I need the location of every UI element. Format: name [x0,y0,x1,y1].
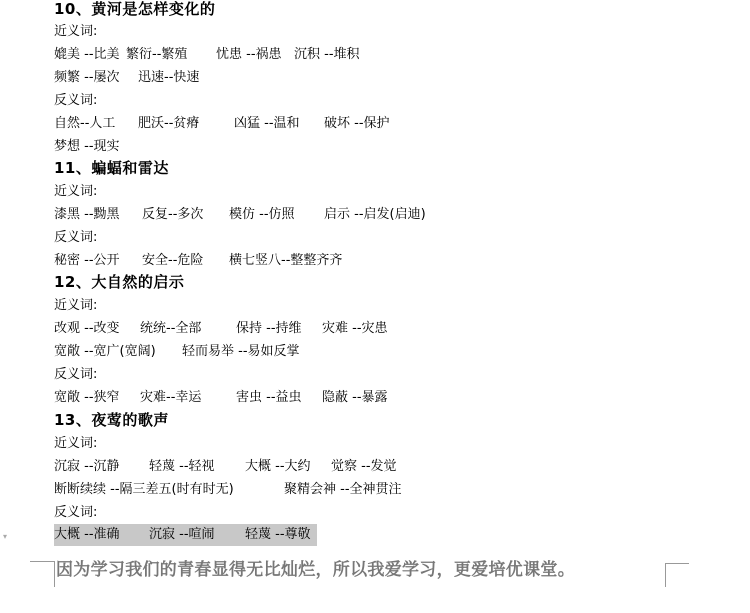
word-pair: 大概 --准确 [54,524,149,546]
synonym-label: 近义词: [54,432,97,455]
page-corner-mark-right [665,563,666,587]
word-pair-row: 断断续续 --隔三差五(时有时无)聚精会神 --全神贯注 [54,478,402,501]
word-pair-row: 改观 --改变统统--全部保持 --持维灾难 --灾患 [54,317,388,340]
word-pair: 灾难--幸运 [140,386,236,409]
word-pair: 隐蔽 --暴露 [322,386,388,409]
word-pair: 破坏 --保护 [324,112,390,135]
word-pair: 凶猛 --温和 [234,112,324,135]
word-pair: 迅速--快速 [138,66,199,89]
footer-slogan: 因为学习我们的青春显得无比灿烂，所以我爱学习，更爱培优课堂。 [56,555,575,580]
word-pair: 模仿 --仿照 [229,203,324,226]
word-pair: 反复--多次 [142,203,229,226]
word-pair: 沉寂 --喧闹 [149,524,245,546]
word-pair-row: 频繁 --屡次迅速--快速 [54,66,199,89]
word-pair: 大概 --大约 [245,455,331,478]
lesson-title: 10、黄河是怎样变化的 [54,0,215,21]
lesson-title: 12、大自然的启示 [54,271,184,294]
word-pair: 害虫 --益虫 [236,386,322,409]
word-pair: 聚精会神 --全神贯注 [284,478,402,501]
lesson-title: 11、蝙蝠和雷达 [54,157,169,180]
antonym-label: 反义词: [54,501,97,524]
word-pair: 梦想 --现实 [54,135,120,158]
antonym-label: 反义词: [54,363,97,386]
page-corner-mark-left [30,561,54,562]
word-pair: 秘密 --公开 [54,249,142,272]
word-pair: 自然--人工 [54,112,138,135]
word-pair: 沉寂 --沉静 [54,455,149,478]
antonym-label: 反义词: [54,226,97,249]
word-pair: 断断续续 --隔三差五(时有时无) [54,478,284,501]
page-corner-mark-left [54,561,55,587]
word-pair: 横七竖八--整整齐齐 [229,249,342,272]
word-pair: 轻蔑 --轻视 [149,455,245,478]
word-pair: 频繁 --屡次 [54,66,138,89]
word-pair: 改观 --改变 [54,317,140,340]
paragraph-marker-icon: ▾ [3,532,7,541]
word-pair-row: 秘密 --公开安全--危险横七竖八--整整齐齐 [54,249,342,272]
word-pair: 统统--全部 [140,317,236,340]
word-pair: 沉积 --堆积 [294,43,360,66]
synonym-label: 近义词: [54,294,97,317]
word-pair-row: 自然--人工肥沃--贫瘠凶猛 --温和破坏 --保护 [54,112,390,135]
word-pair: 漆黑 --黝黑 [54,203,142,226]
word-pair-row: 宽敞 --宽广(宽阔)轻而易举 --易如反掌 [54,340,300,363]
word-pair: 宽敞 --狭窄 [54,386,140,409]
word-pair: 宽敞 --宽广(宽阔) [54,340,182,363]
word-pair: 安全--危险 [142,249,229,272]
word-pair: 媲美 --比美 [54,43,126,66]
word-pair-row: 宽敞 --狭窄灾难--幸运害虫 --益虫隐蔽 --暴露 [54,386,388,409]
word-pair: 轻而易举 --易如反掌 [182,340,300,363]
word-pair: 灾难 --灾患 [322,317,388,340]
word-pair-row: 媲美 --比美繁衍--繁殖忧患 --祸患沉积 --堆积 [54,43,360,66]
word-pair: 保持 --持维 [236,317,322,340]
word-pair: 忧患 --祸患 [216,43,294,66]
synonym-label: 近义词: [54,180,97,203]
word-pair-row: 梦想 --现实 [54,135,120,158]
synonym-label: 近义词: [54,20,97,43]
word-pair: 轻蔑 --尊敬 [245,524,311,546]
word-pair: 繁衍--繁殖 [126,43,216,66]
word-pair-row: 沉寂 --沉静轻蔑 --轻视大概 --大约觉察 --发觉 [54,455,397,478]
lesson-title: 13、夜莺的歌声 [54,409,169,432]
word-pair: 肥沃--贫瘠 [138,112,234,135]
word-pair: 启示 --启发(启迪) [324,203,426,226]
antonym-label: 反义词: [54,89,97,112]
word-pair: 觉察 --发觉 [331,455,397,478]
page-corner-mark-right [665,563,689,564]
selected-word-pair-row[interactable]: 大概 --准确沉寂 --喧闹轻蔑 --尊敬 [54,524,317,546]
word-pair-row: 漆黑 --黝黑反复--多次模仿 --仿照启示 --启发(启迪) [54,203,426,226]
